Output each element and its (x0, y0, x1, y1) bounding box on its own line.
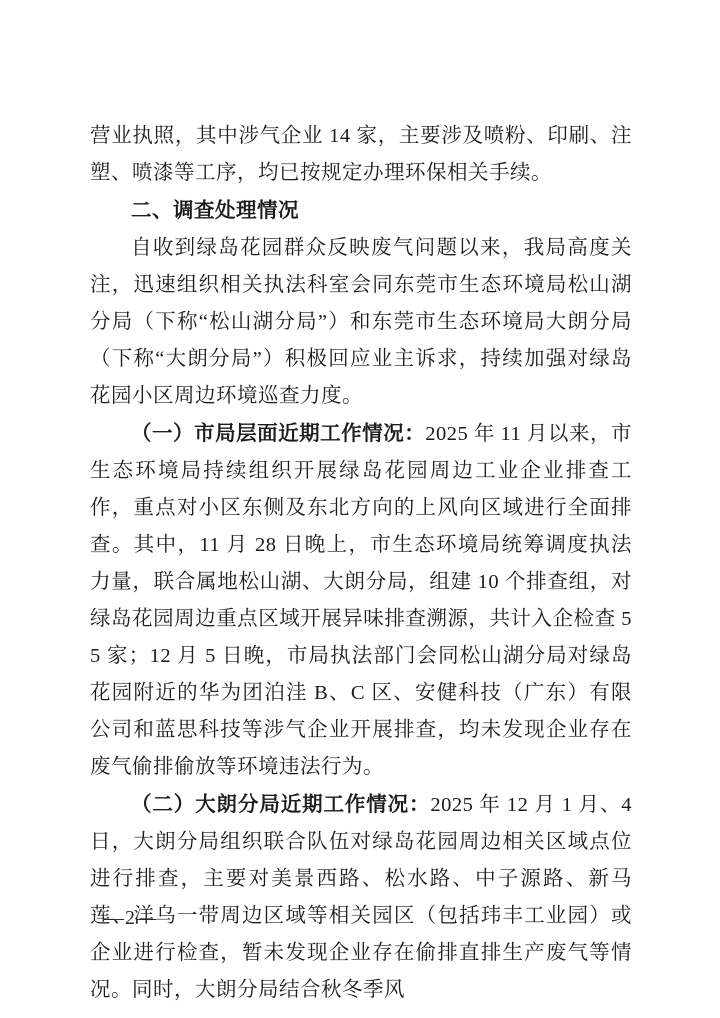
document-body: 营业执照，其中涉气企业 14 家，主要涉及喷粉、印刷、注塑、喷漆等工序，均已按规… (90, 118, 632, 1009)
paragraph-city-bureau-text: 2025 年 11 月以来，市生态环境局持续组织开展绿岛花园周边工业企业排查工作… (90, 423, 632, 778)
paragraph-dalang-branch-lead: （二）大朗分局近期工作情况： (131, 793, 430, 816)
paragraph-city-bureau-lead: （一）市局层面近期工作情况： (131, 422, 425, 445)
paragraph-dalang-branch-text: 2025 年 12 月 1 月、4 日，大朗分局组织联合队伍对绿岛花园周边相关区… (90, 794, 632, 1001)
section-heading-2-text: 二、调查处理情况 (131, 199, 299, 222)
section-heading-2: 二、调查处理情况 (90, 192, 632, 230)
paragraph-continuation-text: 营业执照，其中涉气企业 14 家，主要涉及喷粉、印刷、注塑、喷漆等工序，均已按规… (90, 125, 632, 184)
paragraph-overview: 自收到绿岛花园群众反映废气问题以来，我局高度关注，迅速组织相关执法科室会同东莞市… (90, 230, 632, 415)
document-page: 营业执照，其中涉气企业 14 家，主要涉及喷粉、印刷、注塑、喷漆等工序，均已按规… (0, 0, 720, 1018)
paragraph-dalang-branch: （二）大朗分局近期工作情况：2025 年 12 月 1 月、4 日，大朗分局组织… (90, 786, 632, 1009)
paragraph-overview-text: 自收到绿岛花园群众反映废气问题以来，我局高度关注，迅速组织相关执法科室会同东莞市… (90, 237, 632, 407)
paragraph-continuation: 营业执照，其中涉气企业 14 家，主要涉及喷粉、印刷、注塑、喷漆等工序，均已按规… (90, 118, 632, 192)
paragraph-city-bureau: （一）市局层面近期工作情况：2025 年 11 月以来，市生态环境局持续组织开展… (90, 415, 632, 786)
page-number: —2— (104, 903, 157, 933)
